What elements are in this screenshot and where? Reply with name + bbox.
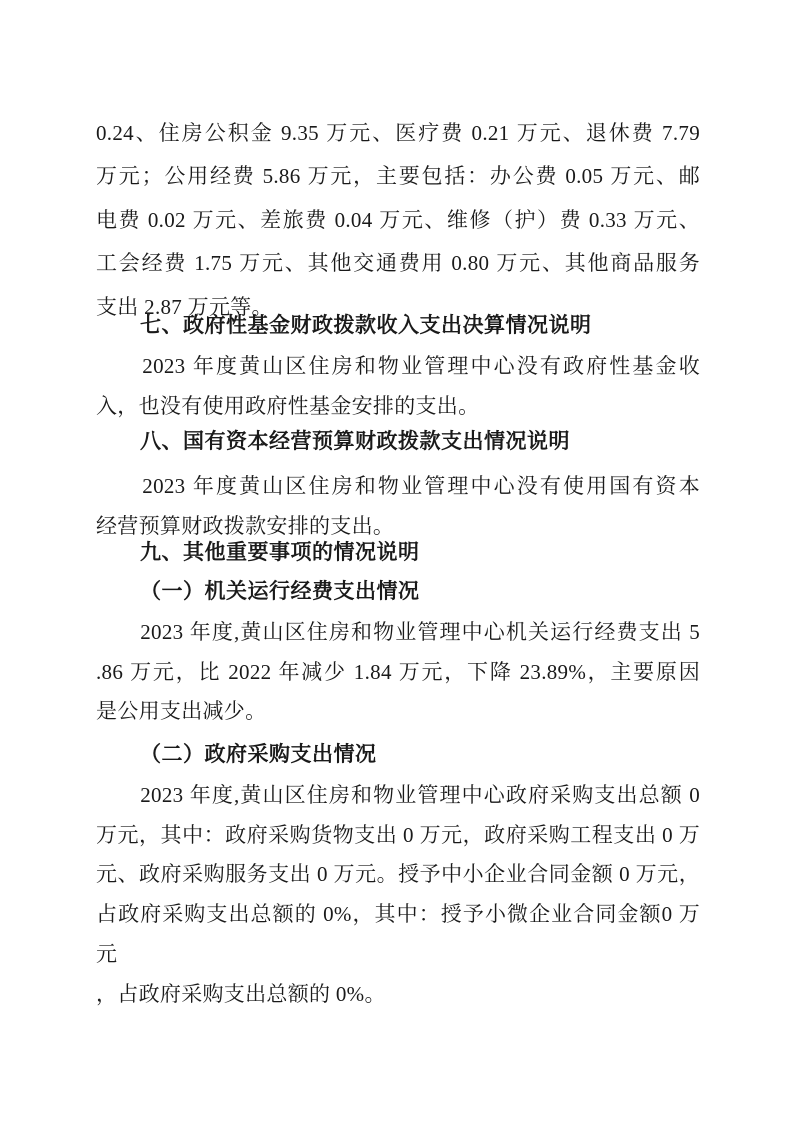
document-page: 0.24、住房公积金 9.35 万元、医疗费 0.21 万元、退休费 7.79万… [0, 0, 793, 1122]
paragraph-sec9-1-operating-expenses: 2023 年度,黄山区住房和物业管理中心机关运行经费支出 5.86 万元，比 2… [96, 613, 700, 732]
paragraph-sec9-2-government-procurement: 2023 年度,黄山区住房和物业管理中心政府采购支出总额 0万元，其中：政府采购… [96, 776, 700, 1014]
text-line: 万元；公用经费 5.86 万元，主要包括：办公费 0.05 万元、邮 [96, 155, 700, 198]
text-line: 入，也没有使用政府性基金安排的支出。 [96, 387, 700, 427]
paragraph-sec8-state-capital-budget: 2023 年度黄山区住房和物业管理中心没有使用国有资本经营预算财政拨款安排的支出… [96, 467, 700, 546]
text-line: 2023 年度,黄山区住房和物业管理中心机关运行经费支出 5 [96, 613, 700, 653]
text-line: 0.24、住房公积金 9.35 万元、医疗费 0.21 万元、退休费 7.79 [96, 112, 700, 155]
heading-sec8-state-capital-budget: 八、国有资本经营预算财政拨款支出情况说明 [96, 427, 700, 457]
heading-sec9-other-important-matters: 九、其他重要事项的情况说明 [96, 538, 700, 568]
text-line: 万元，其中：政府采购货物支出 0 万元，政府采购工程支出 0 万 [96, 816, 700, 856]
text-line: 元、政府采购服务支出 0 万元。授予中小企业合同金额 0 万元， [96, 855, 700, 895]
text-line: ，占政府采购支出总额的 0%。 [96, 975, 700, 1015]
paragraph-sec7-government-funds: 2023 年度黄山区住房和物业管理中心没有政府性基金收入，也没有使用政府性基金安… [96, 347, 700, 426]
text-line: 占政府采购支出总额的 0%，其中：授予小微企业合同金额0 万元 [96, 895, 700, 974]
text-line: 2023 年度,黄山区住房和物业管理中心政府采购支出总额 0 [96, 776, 700, 816]
text-line: 是公用支出减少。 [96, 692, 700, 732]
heading-sec9-1-operating-expenses: （一）机关运行经费支出情况 [96, 577, 700, 607]
text-line: 工会经费 1.75 万元、其他交通费用 0.80 万元、其他商品服务 [96, 242, 700, 285]
text-line: 2023 年度黄山区住房和物业管理中心没有使用国有资本 [96, 467, 700, 507]
paragraph-personnel-public-funds-detail: 0.24、住房公积金 9.35 万元、医疗费 0.21 万元、退休费 7.79万… [96, 112, 700, 329]
text-line: 2023 年度黄山区住房和物业管理中心没有政府性基金收 [96, 347, 700, 387]
text-line: 电费 0.02 万元、差旅费 0.04 万元、维修（护）费 0.33 万元、 [96, 199, 700, 242]
text-line: .86 万元，比 2022 年减少 1.84 万元，下降 23.89%，主要原因 [96, 653, 700, 693]
heading-sec9-2-government-procurement: （二）政府采购支出情况 [96, 740, 700, 770]
heading-sec7-government-funds: 七、政府性基金财政拨款收入支出决算情况说明 [96, 311, 700, 341]
